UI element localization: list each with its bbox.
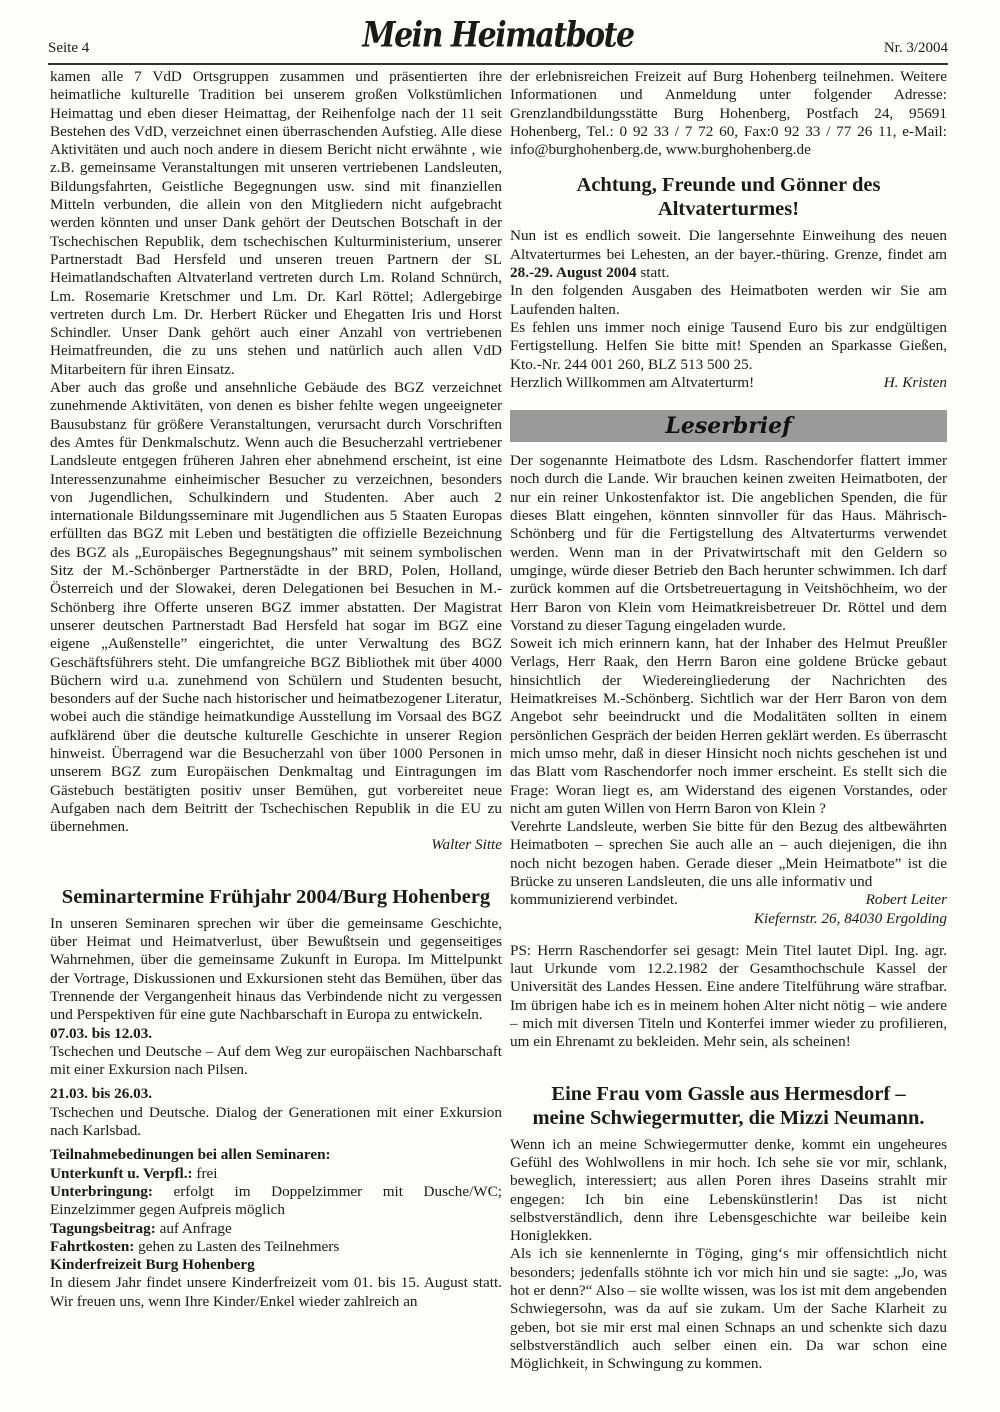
article-paragraph: kamen alle 7 VdD Ortsgruppen zusammen un… <box>50 68 502 379</box>
leserbrief-title: Leserbrief <box>665 417 791 435</box>
seminar-description: Tschechen und Deutsche – Auf dem Weg zur… <box>50 1043 502 1080</box>
article-title-line1: Eine Frau vom Gassle aus Hermesdorf – <box>510 1082 947 1106</box>
seminar-dates: 07.03. bis 12.03. <box>50 1025 502 1043</box>
page-header: Seite 4 Mein Heimatbote Nr. 3/2004 <box>48 18 948 62</box>
signature-row: kommunizierend verbindet. Robert Leiter <box>510 891 947 909</box>
article-title: Seminartermine Frühjahr 2004/Burg Hohenb… <box>50 885 502 909</box>
leserbrief-banner: Leserbrief <box>510 410 947 442</box>
postscript: PS: Herrn Raschendorfer sei gesagt: Mein… <box>510 942 947 1052</box>
article-signature: H. Kristen <box>884 374 947 392</box>
right-column: der erlebnisreichen Freizeit auf Burg Ho… <box>510 68 947 1374</box>
article-vdd-report: kamen alle 7 VdD Ortsgruppen zusammen un… <box>50 68 502 855</box>
left-column: kamen alle 7 VdD Ortsgruppen zusammen un… <box>50 68 502 1311</box>
condition-item: Tagungsbeitrag: auf Anfrage <box>50 1220 502 1238</box>
article-paragraph: Nun ist es endlich soweit. Die langerseh… <box>510 227 947 282</box>
article-paragraph: In unseren Seminaren sprechen wir über d… <box>50 915 502 1025</box>
signature-address: Kiefernstr. 26, 84030 Ergolding <box>510 910 947 928</box>
condition-item: Unterkunft u. Verpfl.: frei <box>50 1165 502 1183</box>
issue-number: Nr. 3/2004 <box>884 40 948 57</box>
article-paragraph: In den folgenden Ausgaben des Heimatbote… <box>510 282 947 319</box>
seminar-description: Tschechen und Deutsche. Dialog der Gener… <box>50 1104 502 1141</box>
article-paragraph: Aber auch das große und ansehnliche Gebä… <box>50 379 502 836</box>
article-paragraph: Als ich sie kennenlernte in Töging, ging… <box>510 1245 947 1373</box>
article-title-line2: meine Schwiegermutter, die Mizzi Neumann… <box>510 1106 947 1130</box>
article-signature: Walter Sitte <box>50 836 502 854</box>
article-altvaterturm: Achtung, Freunde und Gönner des Altvater… <box>510 173 947 392</box>
article-seminartermine: Seminartermine Frühjahr 2004/Burg Hohenb… <box>50 885 502 1311</box>
article-paragraph: In diesem Jahr findet unsere Kinderfreiz… <box>50 1274 502 1311</box>
masthead-logo: Mein Heimatbote <box>48 15 948 55</box>
header-rule <box>48 63 948 65</box>
kinderfreizeit-heading: Kinderfreizeit Burg Hohenberg <box>50 1256 502 1274</box>
article-paragraph: Verehrte Landsleute, werben Sie bitte fü… <box>510 818 947 891</box>
article-paragraph: Wenn ich an meine Schwiegermutter denke,… <box>510 1136 947 1246</box>
conditions-heading: Teilnahmebedinungen bei allen Seminaren: <box>50 1146 502 1164</box>
article-schwiegermutter: Eine Frau vom Gassle aus Hermesdorf – me… <box>510 1082 947 1374</box>
condition-item: Fahrtkosten: gehen zu Lasten des Teilneh… <box>50 1238 502 1256</box>
signature-name: Robert Leiter <box>866 891 947 909</box>
last-line: kommunizierend verbindet. <box>510 891 678 909</box>
article-continuation: der erlebnisreichen Freizeit auf Burg Ho… <box>510 68 947 159</box>
article-leserbrief: Der sogenannte Heimatbote des Ldsm. Rasc… <box>510 452 947 1052</box>
article-paragraph: Es fehlen uns immer noch einige Tausend … <box>510 319 947 374</box>
closing-text: Herzlich Willkommen am Altvaterturm! <box>510 374 754 392</box>
article-paragraph: Der sogenannte Heimatbote des Ldsm. Rasc… <box>510 452 947 635</box>
seminar-dates: 21.03. bis 26.03. <box>50 1085 502 1103</box>
condition-item: Unterbringung: erfolgt im Doppelzimmer m… <box>50 1183 502 1220</box>
closing-row: Herzlich Willkommen am Altvaterturm! H. … <box>510 374 947 392</box>
article-paragraph: Soweit ich mich erinnern kann, hat der I… <box>510 635 947 818</box>
article-title: Achtung, Freunde und Gönner des Altvater… <box>510 173 947 221</box>
